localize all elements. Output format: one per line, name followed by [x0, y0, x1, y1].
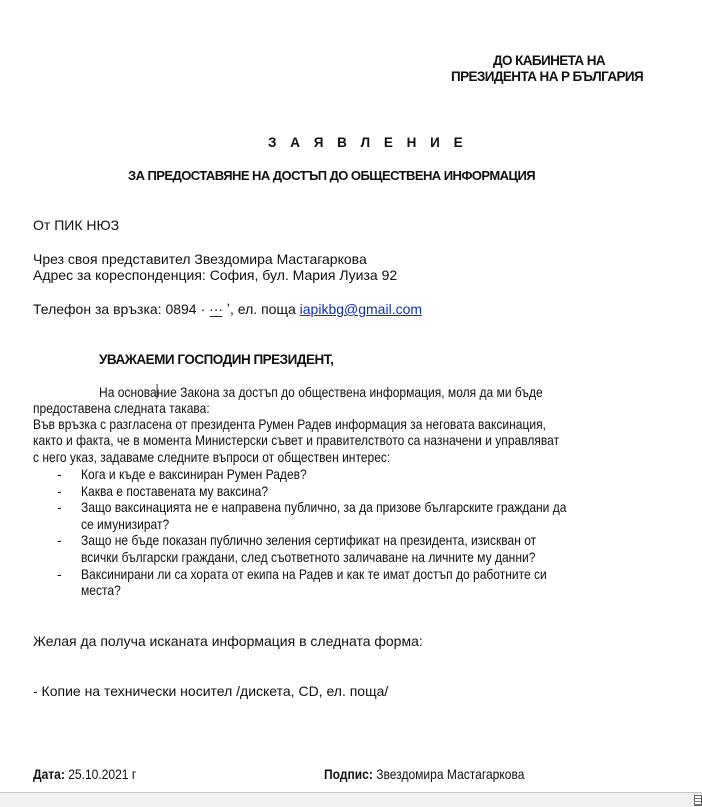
- email-label: , ел. поща: [230, 301, 300, 317]
- body-line-2: предоставена следната такава:: [33, 400, 239, 417]
- page-view-icon[interactable]: [694, 795, 702, 806]
- body-line-5: с него указ, задаваме следните въпроси о…: [33, 449, 448, 466]
- form-request: Желая да получа исканата информация в сл…: [33, 633, 423, 650]
- signature-field: Подпис: Звездомира Мастагаркова: [324, 766, 557, 783]
- contact-line: Телефон за връзка: 0894 · ·̲·̲· ʼ, ел. п…: [33, 301, 422, 318]
- body-line-3: Във връзка с разгласена от президента Ру…: [33, 416, 629, 433]
- question-item: Защо ваксинацията не е направена публичн…: [81, 499, 646, 516]
- question-item: Кога и къде е ваксиниран Румен Радев?: [81, 466, 344, 483]
- signature-value: Звездомира Мастагаркова: [373, 766, 525, 782]
- greeting: УВАЖАЕМИ ГОСПОДИН ПРЕЗИДЕНТ,: [99, 351, 333, 368]
- addressee-line-1: ДО КАБИНЕТА НА: [493, 52, 605, 69]
- phone-value: 0894 · ·̲·̲· ʼ: [165, 301, 230, 317]
- document-title: З А Я В Л Е Н И Е: [268, 134, 468, 151]
- question-item: Защо не бъде показан публично зеления се…: [81, 532, 610, 549]
- bullet-dash: -: [57, 532, 62, 548]
- question-item: всички български граждани, след съответн…: [81, 549, 609, 566]
- bullet-dash: -: [57, 566, 62, 582]
- question-item: места?: [81, 582, 127, 599]
- document-page[interactable]: ДО КАБИНЕТА НА ПРЕЗИДЕНТА НА Р БЪЛГАРИЯ …: [0, 0, 702, 790]
- bullet-dash: -: [57, 483, 62, 499]
- date-label: Дата:: [33, 766, 65, 782]
- question-item: се имунизират?: [81, 516, 184, 533]
- signature-label: Подпис:: [324, 766, 373, 782]
- question-item: Ваксинирани ли са хората от екипа на Рад…: [81, 566, 623, 583]
- representative: Чрез своя представител Звездомира Мастаг…: [33, 251, 367, 268]
- email-link[interactable]: iapikbg@gmail.com: [300, 301, 422, 317]
- bullet-dash: -: [57, 499, 62, 515]
- question-item: Каква е поставената му ваксина?: [81, 483, 298, 500]
- address: Адрес за кореспонденция: София, бул. Мар…: [33, 267, 397, 284]
- form-option: - Копие на технически носител /дискета, …: [33, 683, 388, 700]
- date-value: 25.10.2021 г: [65, 766, 136, 782]
- phone-label: Телефон за връзка:: [33, 301, 165, 317]
- document-subtitle: ЗА ПРЕДОСТАВЯНЕ НА ДОСТЪП ДО ОБЩЕСТВЕНА …: [128, 167, 535, 184]
- date-field: Дата: 25.10.2021 г: [33, 766, 153, 783]
- sender: От ПИК НЮЗ: [33, 217, 119, 234]
- body-line-1: На основание Закона за достъп до обществ…: [99, 384, 615, 401]
- status-bar: [0, 792, 702, 807]
- bullet-dash: -: [57, 466, 62, 482]
- addressee-line-2: ПРЕЗИДЕНТА НА Р БЪЛГАРИЯ: [451, 68, 643, 85]
- body-line-4: както и факта, че в момента Министерски …: [33, 432, 645, 449]
